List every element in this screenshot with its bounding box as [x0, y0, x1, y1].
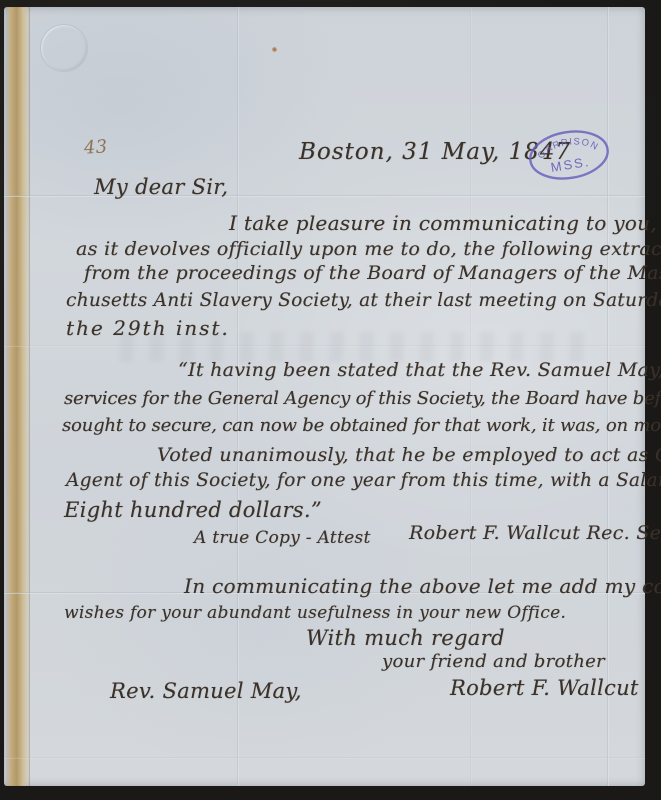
closing-regard: With much regard: [306, 628, 505, 649]
letter-line: services for the General Agency of this …: [64, 390, 661, 408]
letter-line: as it devolves officially upon me to do,…: [76, 240, 661, 259]
embossed-seal: [40, 24, 88, 72]
archive-number: 43: [83, 138, 108, 158]
letter-line: “It having been stated that the Rev. Sam…: [178, 361, 661, 380]
folded-left-edge: [6, 7, 30, 786]
letter-scan: 43 Boston, 31 May, 1847 GARRISON MSS. My…: [0, 0, 661, 800]
letter-line: Voted unanimously, that he be employed t…: [157, 446, 661, 465]
closing-friend: your friend and brother: [382, 653, 605, 671]
letter-line: the 29th inst.: [66, 318, 230, 338]
addressee: Rev. Samuel May,: [110, 681, 302, 702]
ink-spot: [272, 47, 277, 52]
letter-line: sought to secure, can now be obtained fo…: [62, 417, 661, 435]
signature: Robert F. Wallcut: [450, 678, 639, 699]
letter-line: Eight hundred dollars.”: [64, 500, 322, 521]
attestation-signature: Robert F. Wallcut Rec. Sec.: [409, 524, 661, 543]
letter-line: Agent of this Society, for one year from…: [66, 472, 661, 491]
horizontal-crease: [4, 757, 645, 759]
letter-line: I take pleasure in communicating to you,: [229, 213, 657, 233]
attestation-note: A true Copy - Attest: [194, 530, 371, 547]
letter-line: wishes for your abundant usefulness in y…: [64, 605, 566, 622]
letter-line: from the proceedings of the Board of Man…: [84, 264, 661, 283]
letter-line: In communicating the above let me add my…: [184, 576, 661, 596]
stamp-mss-text: MSS.: [550, 154, 592, 175]
salutation: My dear Sir,: [94, 177, 228, 198]
letter-line: chusetts Anti Slavery Society, at their …: [66, 292, 661, 311]
